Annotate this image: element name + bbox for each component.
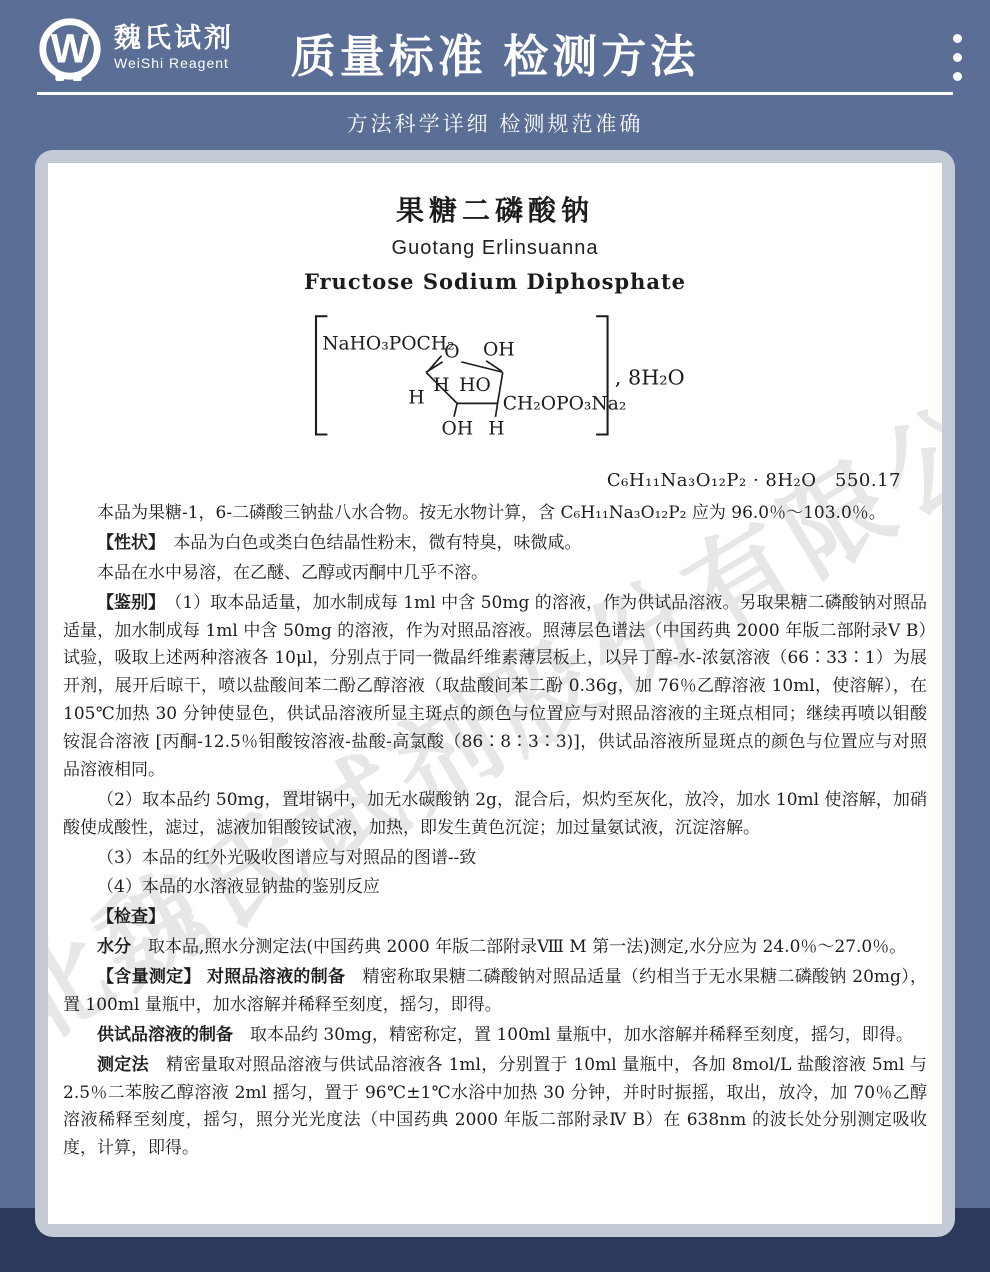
para-text: （3）本品的红外光吸收图谱应与对照品的图谱--致 <box>97 848 476 868</box>
menu-dot <box>953 34 962 43</box>
structure-h-bottom-label: H <box>488 419 504 440</box>
para-text: 本品在水中易溶，在乙醚、乙醇或丙酮中几乎不溶。 <box>97 563 488 583</box>
drug-title-cn: 果糖二磷酸钠 <box>63 189 927 229</box>
para-identification-2: （2）取本品约 50mg，置坩锅中，加无水碳酸钠 2g，混合后，炽灼至灰化，放冷… <box>63 787 927 843</box>
para-identification-1: 【鉴别】 （1）取本品适量，加水制成每 1ml 中含 50mg 的溶液，作为供试… <box>63 590 927 785</box>
menu-ellipsis-icon[interactable] <box>949 30 966 85</box>
section-label: 【含量测定】 <box>97 967 201 987</box>
structure-hydrate-label: , 8H₂O <box>614 366 684 390</box>
para-text: （4）本品的水溶液显钠盐的鉴别反应 <box>97 877 380 897</box>
para-assay-sample: 供试品溶液的制备 取本品约 30mg，精密称定，置 100ml 量瓶中，加水溶解… <box>63 1022 927 1050</box>
section-label: 【检查】 <box>97 907 165 927</box>
para-assay-reference: 【含量测定】 对照品溶液的制备 精密称取果糖二磷酸钠对照品适量（约相当于无水果糖… <box>63 964 927 1020</box>
document-card: 湖北魏氏试剂股份有限公司 果糖二磷酸钠 Guotang Erlinsuanna … <box>35 150 955 1237</box>
document-page: 湖北魏氏试剂股份有限公司 果糖二磷酸钠 Guotang Erlinsuanna … <box>48 163 942 1224</box>
structure-bracket-right <box>596 316 607 434</box>
section-label: 【性状】 <box>97 533 157 553</box>
para-intro: 本品为果糖-1，6-二磷酸三钠盐八水合物。按无水物计算，含 C₆H₁₁Na₃O₁… <box>63 500 927 528</box>
structure-hydroxyl-bottom-label: OH <box>441 419 473 440</box>
structure-chain-right-label: CH₂OPO₃Na₂ <box>502 394 626 415</box>
para-identification-4: （4）本品的水溶液显钠盐的鉴别反应 <box>63 874 927 902</box>
para-text: 本品为白色或类白色结晶性粉末，微有特臭，味微咸。 <box>157 533 582 553</box>
page-header: W 魏氏试剂 WeiShi Reagent 质量标准 检测方法 方法科学详细 检… <box>0 0 990 150</box>
sub-label: 对照品溶液的制备 <box>201 967 346 987</box>
page-subtitle: 方法科学详细 检测规范准确 <box>0 108 990 138</box>
para-solubility: 本品在水中易溶，在乙醚、乙醇或丙酮中几乎不溶。 <box>63 560 927 588</box>
para-text: （2）取本品约 50mg，置坩锅中，加无水碳酸钠 2g，混合后，炽灼至灰化，放冷… <box>63 790 927 838</box>
chemical-structure: NaHO₃POCH₂ O OH H HO H CH₂OPO₃Na₂ OH H ,… <box>63 310 927 452</box>
para-text: 精密量取对照品溶液与供试品溶液各 1ml，分别置于 10ml 量瓶中，各加 8m… <box>63 1055 927 1159</box>
molecular-formula: C₆H₁₁Na₃O₁₂P₂ · 8H₂O 550.17 <box>63 466 927 492</box>
sub-label: 供试品溶液的制备 <box>97 1025 233 1045</box>
structure-hydroxyl-top-label: OH <box>483 340 515 361</box>
monograph-body: 本品为果糖-1，6-二磷酸三钠盐八水合物。按无水物计算，含 C₆H₁₁Na₃O₁… <box>63 500 927 1163</box>
para-water: 水分 取本品,照水分测定法(中国药典 2000 年版二部附录Ⅷ M 第一法)测定… <box>63 934 927 962</box>
drug-title-en: Fructose Sodium Diphosphate <box>63 269 927 294</box>
structure-ring-oxygen-label: O <box>444 342 459 363</box>
header-divider <box>37 92 953 95</box>
para-assay-method: 测定法 精密量取对照品溶液与供试品溶液各 1ml，分别置于 10ml 量瓶中，各… <box>63 1052 927 1164</box>
page: { "theme": { "page_bg": "#5b6e95", "foot… <box>0 0 990 1272</box>
para-text: 取本品,照水分测定法(中国药典 2000 年版二部附录Ⅷ M 第一法)测定,水分… <box>131 937 906 957</box>
structure-chain-left-label: NaHO₃POCH₂ <box>322 333 454 354</box>
drug-title-pinyin: Guotang Erlinsuanna <box>63 237 927 260</box>
menu-dot <box>953 72 962 81</box>
section-label: 【鉴别】 <box>97 593 157 613</box>
structure-h-inner-label: H <box>433 375 449 396</box>
para-character: 【性状】 本品为白色或类白色结晶性粉末，微有特臭，味微咸。 <box>63 530 927 558</box>
structure-diagram-svg: NaHO₃POCH₂ O OH H HO H CH₂OPO₃Na₂ OH H ,… <box>298 310 693 448</box>
para-identification-3: （3）本品的红外光吸收图谱应与对照品的图谱--致 <box>63 845 927 873</box>
menu-dot <box>953 53 962 62</box>
page-title: 质量标准 检测方法 <box>0 20 990 85</box>
para-tests-heading: 【检查】 <box>63 904 927 932</box>
section-label: 水分 <box>97 937 131 957</box>
para-text: 本品为果糖-1，6-二磷酸三钠盐八水合物。按无水物计算，含 C₆H₁₁Na₃O₁… <box>97 503 886 523</box>
structure-ho-inner-label: HO <box>459 375 491 396</box>
document-content: 果糖二磷酸钠 Guotang Erlinsuanna Fructose Sodi… <box>48 163 942 1163</box>
sub-label: 测定法 <box>97 1055 149 1075</box>
para-text: 取本品约 30mg，精密称定，置 100ml 量瓶中，加水溶解并稀释至刻度，摇匀… <box>233 1025 913 1045</box>
structure-h-left-label: H <box>408 387 424 408</box>
para-text: （1）取本品适量，加水制成每 1ml 中含 50mg 的溶液，作为供试品溶液。另… <box>63 593 927 780</box>
